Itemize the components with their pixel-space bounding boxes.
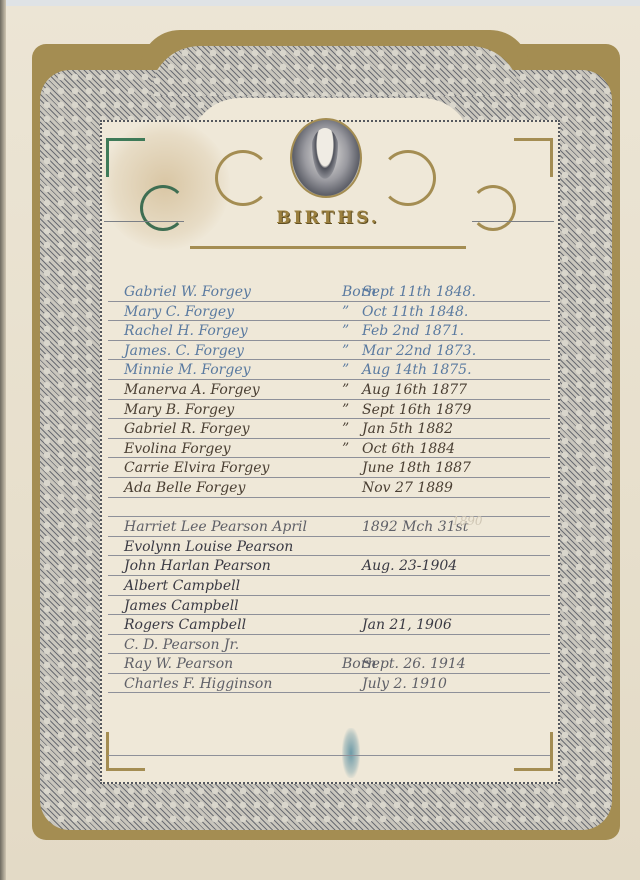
scroll-ornament-icon bbox=[140, 185, 186, 231]
entry-date: Jan 5th 1882 bbox=[362, 420, 453, 439]
entry-name: Charles F. Higginson bbox=[124, 675, 272, 694]
entry-name: Minnie M. Forgey bbox=[124, 361, 251, 380]
birth-entry: Rogers CampbellJan 21, 1906 bbox=[112, 615, 552, 635]
entry-name: Evolina Forgey bbox=[124, 440, 231, 459]
corner-ornament-icon bbox=[106, 138, 145, 177]
birth-entry: Harriet Lee Pearson April1892 Mch 31st bbox=[112, 517, 552, 537]
birth-entry: Charles F. HigginsonJuly 2. 1910 bbox=[112, 674, 552, 694]
birth-entry: Manerva A. Forgey”Aug 16th 1877 bbox=[112, 380, 552, 400]
entry-date: Feb 2nd 1871. bbox=[362, 322, 464, 341]
entry-date: Mar 22nd 1873. bbox=[362, 342, 476, 361]
entry-name: James. C. Forgey bbox=[124, 342, 244, 361]
birth-entry: James. C. Forgey”Mar 22nd 1873. bbox=[112, 341, 552, 361]
entry-mark: ” bbox=[342, 303, 349, 322]
birth-entry: Mary C. Forgey”Oct 11th 1848. bbox=[112, 302, 552, 322]
entry-mark: ” bbox=[342, 322, 349, 341]
birth-entry: Gabriel W. ForgeyBornSept 11th 1848. bbox=[112, 282, 552, 302]
entry-mark: ” bbox=[342, 361, 349, 380]
title-underline bbox=[190, 228, 466, 249]
entry-name: Mary C. Forgey bbox=[124, 303, 234, 322]
title-rule-left bbox=[104, 221, 184, 222]
entry-name: John Harlan Pearson bbox=[124, 557, 271, 576]
scroll-ornament-icon bbox=[215, 150, 271, 206]
entry-mark: ” bbox=[342, 342, 349, 361]
scroll-ornament-icon bbox=[380, 150, 436, 206]
birth-entries: Gabriel W. ForgeyBornSept 11th 1848.Mary… bbox=[112, 282, 552, 693]
entry-name: Ray W. Pearson bbox=[124, 655, 233, 674]
entry-date: Aug. 23-1904 bbox=[362, 557, 457, 576]
scan-left-edge bbox=[0, 0, 6, 880]
lace-border-arch bbox=[150, 46, 520, 96]
madonna-child-icon bbox=[310, 128, 340, 184]
birth-record-page: BIRTHS. Gabriel W. ForgeyBornSept 11th 1… bbox=[0, 0, 640, 880]
entry-date: Aug 16th 1877 bbox=[362, 381, 467, 400]
entry-date: Oct 11th 1848. bbox=[362, 303, 468, 322]
entry-name: Mary B. Forgey bbox=[124, 401, 234, 420]
birth-entry: Evolina Forgey”Oct 6th 1884 bbox=[112, 439, 552, 459]
entry-date: July 2. 1910 bbox=[362, 675, 447, 694]
corner-ornament-icon bbox=[106, 732, 145, 771]
birth-entry: Ray W. PearsonBornSept. 26. 1914 bbox=[112, 654, 552, 674]
entry-name: Ada Belle Forgey bbox=[124, 479, 245, 498]
entry-name: Manerva A. Forgey bbox=[124, 381, 260, 400]
entry-date: Sept 16th 1879 bbox=[362, 401, 471, 420]
birth-entry: Carrie Elvira ForgeyJune 18th 1887 bbox=[112, 458, 552, 478]
entry-date: Sept. 26. 1914 bbox=[362, 655, 466, 674]
title-rule-right bbox=[472, 221, 554, 222]
corner-ornament-icon bbox=[514, 732, 553, 771]
birth-entry: James Campbell bbox=[112, 596, 552, 616]
entry-mark: ” bbox=[342, 440, 349, 459]
scroll-ornament-icon bbox=[470, 185, 516, 231]
birth-entry: Albert Campbell bbox=[112, 576, 552, 596]
entry-date: Aug 14th 1875. bbox=[362, 361, 472, 380]
birth-entry: Evolynn Louise Pearson bbox=[112, 537, 552, 557]
entry-date: Jan 21, 1906 bbox=[362, 616, 452, 635]
entry-name: James Campbell bbox=[124, 597, 239, 616]
birth-entry: Gabriel R. Forgey”Jan 5th 1882 bbox=[112, 419, 552, 439]
birth-entry bbox=[112, 498, 552, 518]
birth-entry: Minnie M. Forgey”Aug 14th 1875. bbox=[112, 360, 552, 380]
entry-date: June 18th 1887 bbox=[362, 459, 471, 478]
entry-date: Sept 11th 1848. bbox=[362, 283, 476, 302]
birth-entry: Rachel H. Forgey”Feb 2nd 1871. bbox=[112, 321, 552, 341]
entry-name: Rogers Campbell bbox=[124, 616, 246, 635]
entry-name: Rachel H. Forgey bbox=[124, 322, 248, 341]
birth-entry: John Harlan PearsonAug. 23-1904 bbox=[112, 556, 552, 576]
birth-entry: Mary B. Forgey”Sept 16th 1879 bbox=[112, 400, 552, 420]
faint-note: 1890 bbox=[452, 514, 483, 528]
entry-name: Harriet Lee Pearson April bbox=[124, 518, 307, 537]
entry-name: Evolynn Louise Pearson bbox=[124, 538, 293, 557]
entry-mark: ” bbox=[342, 401, 349, 420]
entry-mark: ” bbox=[342, 381, 349, 400]
corner-ornament-icon bbox=[514, 138, 553, 177]
entry-name: Albert Campbell bbox=[124, 577, 240, 596]
birth-entry: Ada Belle ForgeyNov 27 1889 bbox=[112, 478, 552, 498]
birth-entry: C. D. Pearson Jr. bbox=[112, 635, 552, 655]
ruled-line bbox=[108, 755, 550, 756]
scan-top-edge bbox=[0, 0, 640, 6]
entry-date: Nov 27 1889 bbox=[362, 479, 453, 498]
entry-name: Carrie Elvira Forgey bbox=[124, 459, 269, 478]
ink-blot bbox=[342, 728, 360, 778]
page-title: BIRTHS. bbox=[190, 208, 466, 228]
entry-mark: ” bbox=[342, 420, 349, 439]
entry-name: C. D. Pearson Jr. bbox=[124, 636, 239, 655]
entry-name: Gabriel W. Forgey bbox=[124, 283, 251, 302]
entry-date: Oct 6th 1884 bbox=[362, 440, 455, 459]
entry-name: Gabriel R. Forgey bbox=[124, 420, 250, 439]
